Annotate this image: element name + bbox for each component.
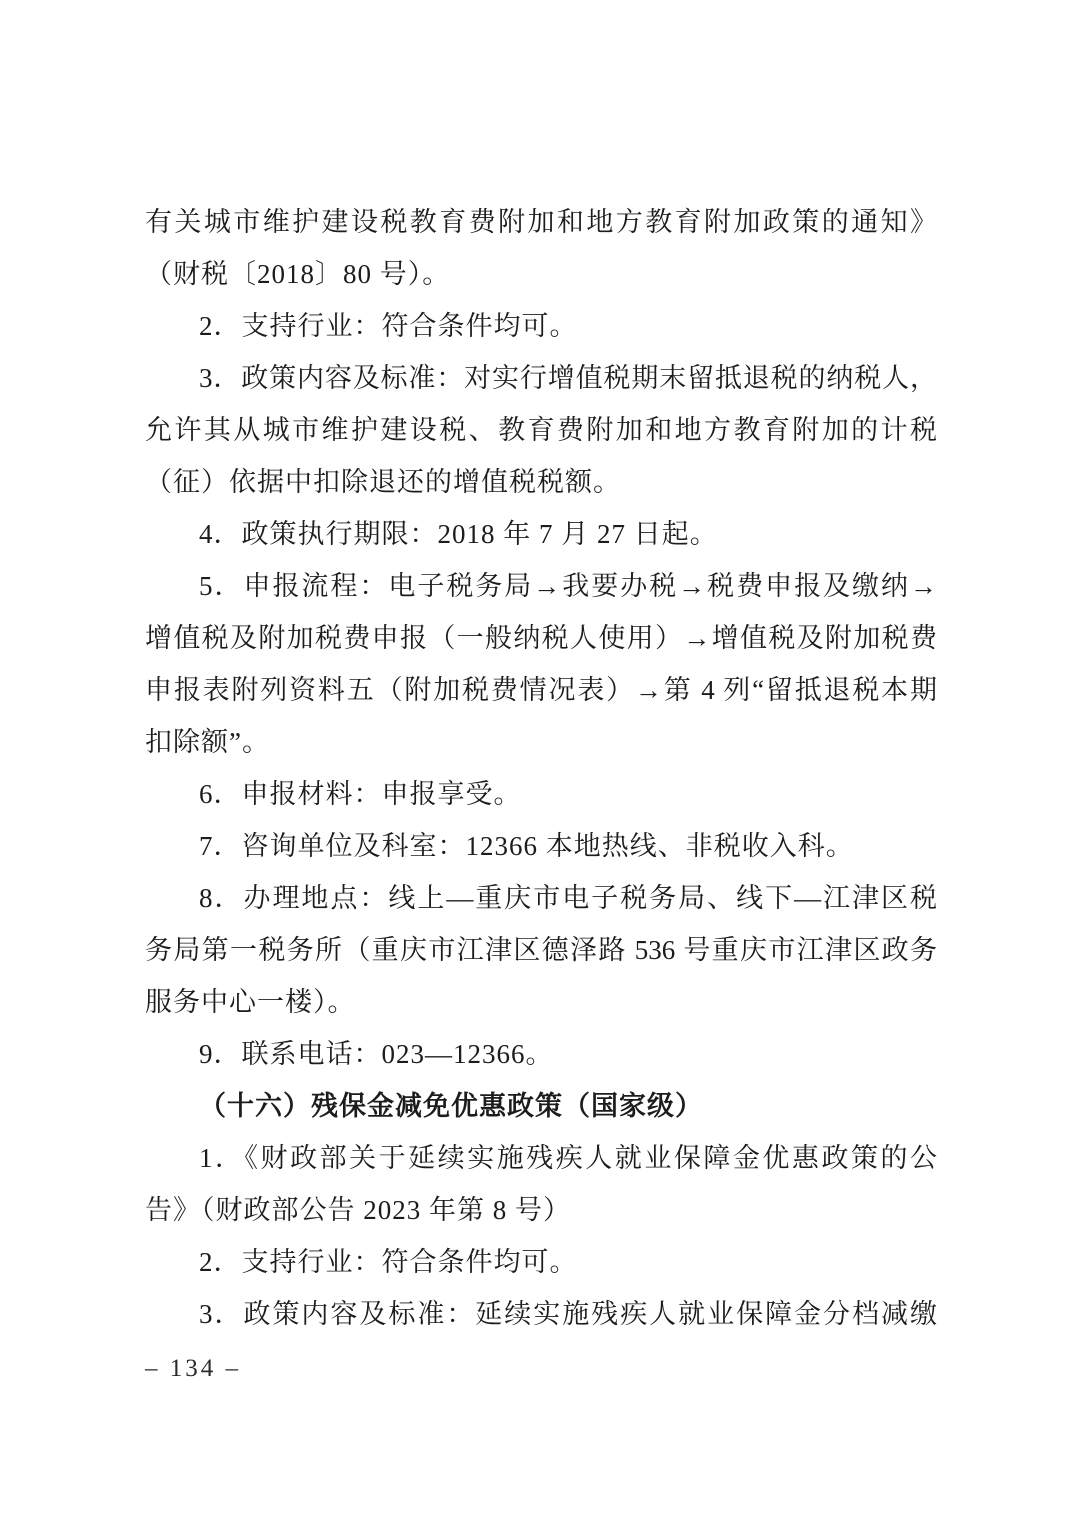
text-line: 8．办理地点：线上—重庆市电子税务局、线下—江津区税 [145, 872, 937, 924]
text-line: 3．政策内容及标准：对实行增值税期末留抵退税的纳税人， [145, 352, 937, 404]
text-line: 3．政策内容及标准：延续实施残疾人就业保障金分档减缴 [145, 1288, 937, 1340]
text-line: 9．联系电话：023—12366。 [145, 1028, 937, 1080]
text-line: 2．支持行业：符合条件均可。 [145, 1236, 937, 1288]
text-line: 6．申报材料：申报享受。 [145, 768, 937, 820]
text-line: 增值税及附加税费申报（一般纳税人使用）→增值税及附加税费 [145, 612, 937, 664]
text-line: 7．咨询单位及科室：12366 本地热线、非税收入科。 [145, 820, 937, 872]
text-line: 4．政策执行期限：2018 年 7 月 27 日起。 [145, 508, 937, 560]
text-line: 务局第一税务所（重庆市江津区德泽路 536 号重庆市江津区政务 [145, 924, 937, 976]
text-line: 5．申报流程：电子税务局→我要办税→税费申报及缴纳→ [145, 560, 937, 612]
text-line: 申报表附列资料五（附加税费情况表）→第 4 列“留抵退税本期 [145, 664, 937, 716]
page-number: – 134 – [145, 1352, 241, 1386]
text-line: 有关城市维护建设税教育费附加和地方教育附加政策的通知》 [145, 196, 937, 248]
text-line: 2．支持行业：符合条件均可。 [145, 300, 937, 352]
text-line: 告》（财政部公告 2023 年第 8 号） [145, 1184, 937, 1236]
text-line: （征）依据中扣除退还的增值税税额。 [145, 456, 937, 508]
text-line: 允许其从城市维护建设税、教育费附加和地方教育附加的计税 [145, 404, 937, 456]
text-line: （财税〔2018〕80 号）。 [145, 248, 937, 300]
document-page: 有关城市维护建设税教育费附加和地方教育附加政策的通知》 （财税〔2018〕80 … [0, 0, 1074, 1520]
text-line: 1．《财政部关于延续实施残疾人就业保障金优惠政策的公 [145, 1132, 937, 1184]
document-body: 有关城市维护建设税教育费附加和地方教育附加政策的通知》 （财税〔2018〕80 … [145, 196, 937, 1340]
text-line: 服务中心一楼）。 [145, 976, 937, 1028]
section-heading: （十六）残保金减免优惠政策（国家级） [145, 1080, 937, 1132]
text-line: 扣除额”。 [145, 716, 937, 768]
